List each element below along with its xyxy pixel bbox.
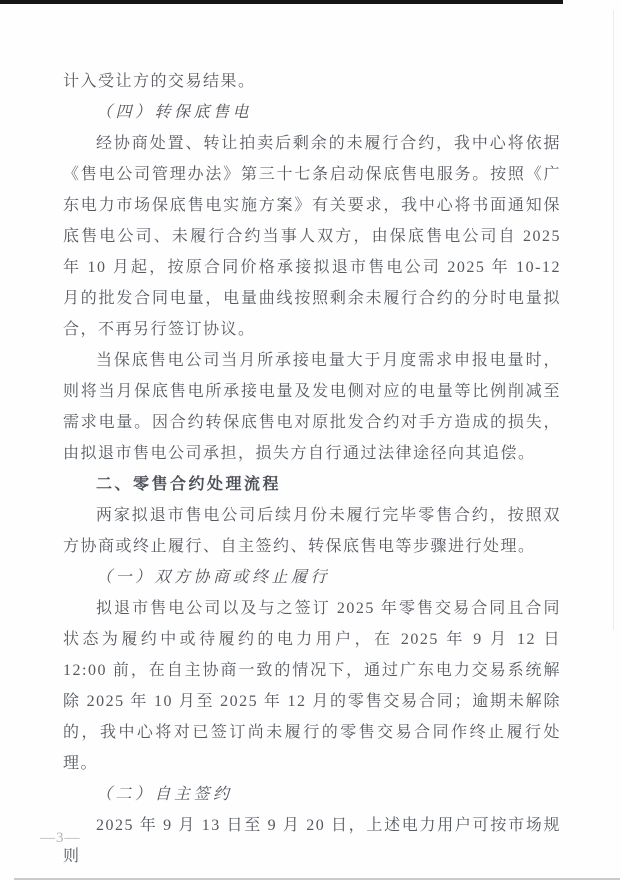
section-heading-2-self-contracting: （二）自主签约 xyxy=(63,779,561,810)
scan-artifact-top-edge xyxy=(0,0,563,4)
paragraph: 当保底售电公司当月所承接电量大于月度需求申报电量时，则将当月保底售电所承接电量及… xyxy=(63,345,561,469)
section-heading-1-mutual-negotiation: （一）双方协商或终止履行 xyxy=(63,562,561,593)
scan-artifact-right-edge xyxy=(613,10,614,630)
paragraph: 拟退市售电公司以及与之签订 2025 年零售交易合同且合同状态为履约中或待履约的… xyxy=(63,593,561,779)
paragraph-continuation: 计入受让方的交易结果。 xyxy=(63,66,561,97)
document-body: 计入受让方的交易结果。 （四）转保底售电 经协商处置、转让拍卖后剩余的未履行合约… xyxy=(63,66,561,872)
section-heading-4-transfer-guaranteed-supply: （四）转保底售电 xyxy=(63,97,561,128)
document-page: 计入受让方的交易结果。 （四）转保底售电 经协商处置、转让拍卖后剩余的未履行合约… xyxy=(0,0,621,881)
page-number: —3— xyxy=(40,830,81,847)
paragraph: 2025 年 9 月 13 日至 9 月 20 日，上述电力用户可按市场规则 xyxy=(63,810,561,872)
scan-artifact-bottom-edge xyxy=(14,878,620,880)
chapter-heading-2-retail-contract-process: 二、零售合约处理流程 xyxy=(63,469,561,500)
paragraph: 经协商处置、转让拍卖后剩余的未履行合约，我中心将依据《售电公司管理办法》第三十七… xyxy=(63,128,561,345)
paragraph: 两家拟退市售电公司后续月份未履行完毕零售合约，按照双方协商或终止履行、自主签约、… xyxy=(63,500,561,562)
